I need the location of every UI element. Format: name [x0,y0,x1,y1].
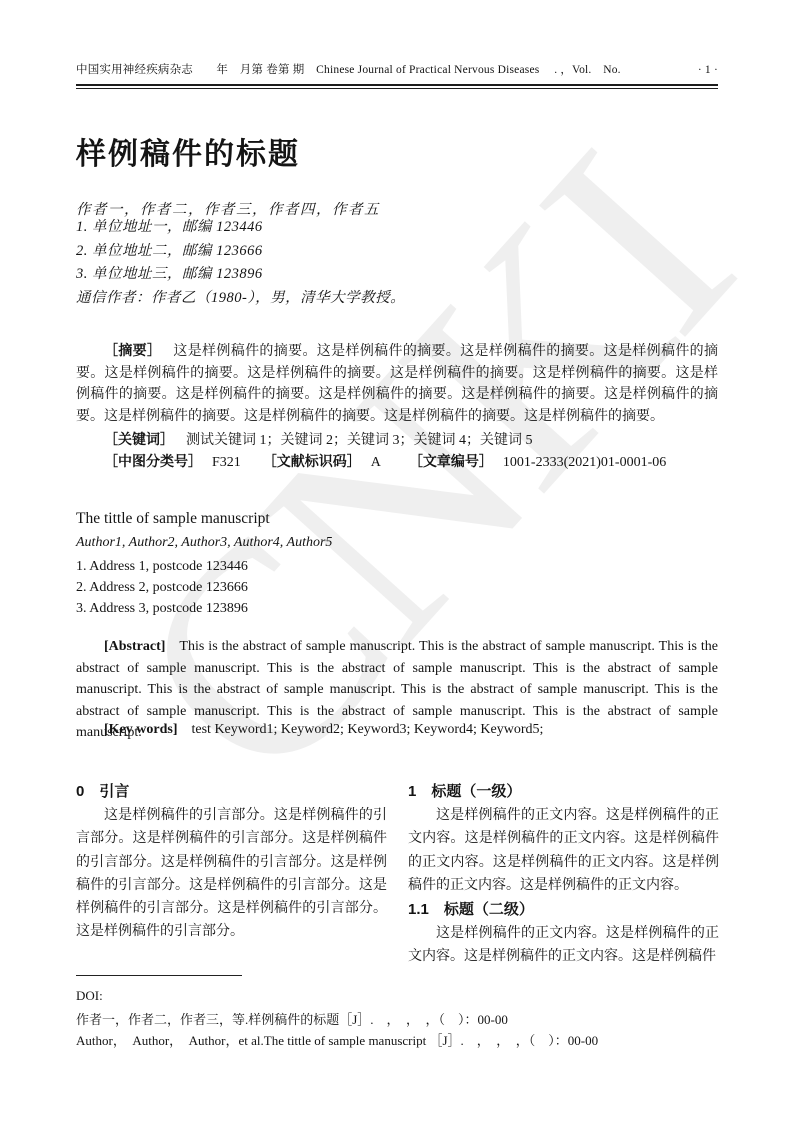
journal-masthead: 中国实用神经疾病杂志 年 月第 卷第 期 Chinese Journal of … [76,61,621,77]
article-title-cn: 样例稿件的标题 [76,129,300,173]
article-id-label: ［文章编号］ [409,453,493,469]
abstract-cn: ［摘要］这是样例稿件的摘要。这是样例稿件的摘要。这是样例稿件的摘要。这是样例稿件… [76,340,718,427]
journal-page: CNKI 中国实用神经疾病杂志 年 月第 卷第 期 Chinese Journa… [0,0,794,1123]
authors-en: Author1, Author2, Author3, Author4, Auth… [76,535,332,551]
clc-label: ［中图分类号］ [104,453,202,469]
corresponding-author-cn: 通信作者：作者乙（1980-），男，清华大学教授。 [76,287,405,311]
citation-lines: 作者一，作者二，作者三，等.样例稿件的标题［J］. ， ， ，（ ）：00-00… [76,1009,718,1052]
doc-code-value: A [371,455,381,470]
footnote-divider [76,975,242,976]
affiliations-cn: 1. 单位地址一，邮编 123446 2. 单位地址二，邮编 123666 3.… [76,216,405,310]
running-head: 中国实用神经疾病杂志 年 月第 卷第 期 Chinese Journal of … [76,61,718,77]
keywords-cn-label: ［关键词］ [104,431,174,447]
abstract-cn-label: ［摘要］ [104,342,161,358]
clc-value: F321 [212,455,241,470]
affiliation-cn-3: 3. 单位地址三，邮编 123896 [76,263,405,287]
left-column: 0 引言 这是样例稿件的引言部分。这是样例稿件的引言部分。这是样例稿件的引言部分… [76,781,387,969]
intro-paragraph: 这是样例稿件的引言部分。这是样例稿件的引言部分。这是样例稿件的引言部分。这是样例… [76,804,387,944]
body-columns: 0 引言 这是样例稿件的引言部分。这是样例稿件的引言部分。这是样例稿件的引言部分… [76,781,719,969]
section-1-1-paragraph: 这是样例稿件的正文内容。这是样例稿件的正文内容。这是样例稿件的正文内容。这是样例… [408,922,719,969]
classification-line: ［中图分类号］F321［文献标识码］A［文章编号］1001-2333(2021)… [76,451,666,471]
affiliation-en-2: 2. Address 2, postcode 123666 [76,577,248,598]
article-id-value: 1001-2333(2021)01-0001-06 [503,455,666,470]
keywords-cn: ［关键词］测试关键词 1；关键词 2；关键词 3；关键词 4；关键词 5 [76,429,533,449]
section-1-paragraph: 这是样例稿件的正文内容。这是样例稿件的正文内容。这是样例稿件的正文内容。这是样例… [408,804,719,897]
abstract-en-label: [Abstract] [104,639,165,654]
abstract-cn-text: 这是样例稿件的摘要。这是样例稿件的摘要。这是样例稿件的摘要。这是样例稿件的摘要。… [76,344,718,424]
masthead-rule [76,84,718,89]
footnote-block: DOI: 作者一，作者二，作者三，等.样例稿件的标题［J］. ， ， ，（ ）：… [76,975,718,1052]
page-number: · 1 · [698,64,718,76]
affiliation-en-3: 3. Address 3, postcode 123896 [76,598,248,619]
section-heading-1-1: 1.1 标题（二级） [408,899,719,921]
keywords-en-label: [Key words] [104,722,178,737]
keywords-en: [Key words]test Keyword1; Keyword2; Keyw… [76,722,543,738]
article-title-en: The tittle of sample manuscript [76,510,270,528]
citation-en: Author， Author， Author，et al.The tittle … [76,1030,718,1052]
section-heading-1: 1 标题（一级） [408,781,719,803]
affiliation-cn-1: 1. 单位地址一，邮编 123446 [76,216,405,240]
right-column: 1 标题（一级） 这是样例稿件的正文内容。这是样例稿件的正文内容。这是样例稿件的… [408,781,719,969]
doc-code-label: ［文献标识码］ [263,453,361,469]
keywords-en-text: test Keyword1; Keyword2; Keyword3; Keywo… [192,722,544,737]
affiliations-en: 1. Address 1, postcode 123446 2. Address… [76,556,248,619]
keywords-cn-text: 测试关键词 1；关键词 2；关键词 3；关键词 4；关键词 5 [186,433,533,448]
citation-cn: 作者一，作者二，作者三，等.样例稿件的标题［J］. ， ， ，（ ）：00-00 [76,1009,718,1031]
affiliation-cn-2: 2. 单位地址二，邮编 123666 [76,240,405,264]
doi-line: DOI: [76,985,718,1007]
affiliation-en-1: 1. Address 1, postcode 123446 [76,556,248,577]
section-heading-intro: 0 引言 [76,781,387,803]
